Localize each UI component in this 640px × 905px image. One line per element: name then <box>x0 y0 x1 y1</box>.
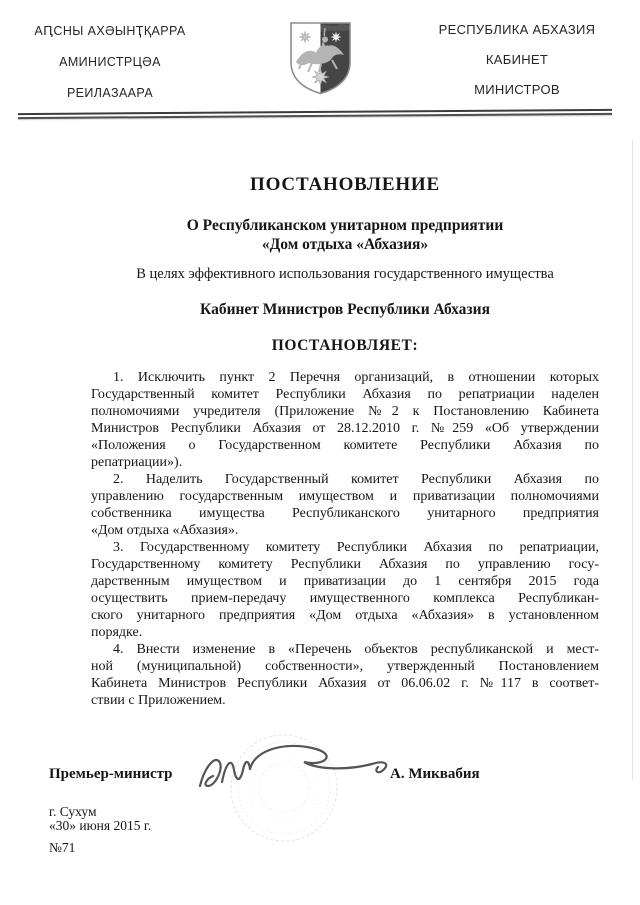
issuing-authority: Кабинет Министров Республики Абхазия <box>91 301 599 319</box>
signatory-post: Премьер-министр <box>49 766 173 783</box>
paragraph-4: 4. Внести изменение в «Перечень объектов… <box>91 641 599 709</box>
document-subject: О Республиканском унитарном предприятии«… <box>91 216 599 254</box>
paragraph-line: собственника имущества Республиканского … <box>91 505 599 522</box>
paragraph-line: 3. Государственному комитету Республики … <box>91 539 599 556</box>
document-title: ПОСТАНОВЛЕНИЕ <box>91 174 599 196</box>
paragraph-line: ствии с Приложением. <box>91 692 599 709</box>
handwritten-signature <box>192 740 407 803</box>
paragraph-line: управлению государственным имуществом и … <box>91 488 599 505</box>
signatory-name: А. Миквабия <box>390 766 480 783</box>
paragraph-2: 2. Наделить Государственный комитет Респ… <box>91 471 599 539</box>
paragraph-line: ского унитарного предприятия «Дом отдыха… <box>91 607 599 624</box>
paragraph-line: Государственный комитет Республики Абхаз… <box>91 386 599 403</box>
footer-date: «30» июня 2015 г. <box>49 818 151 834</box>
preamble-text: В целях эффективного использования госуд… <box>91 266 599 283</box>
subject-line: О Республиканском унитарном предприятии <box>91 216 599 235</box>
paragraph-line: осуществить прием-передачу имущественног… <box>91 590 599 607</box>
decree-document-page: АԤСНЫ АХӘЫНҬҚАРРААМИНИСТРЦӘАРЕИЛАЗААРА <box>0 0 640 905</box>
paragraph-line: Министров Республики Абхазия от 28.12.20… <box>91 420 599 437</box>
decree-paragraphs: 1. Исключить пункт 2 Перечня организаций… <box>91 369 599 709</box>
paragraph-line: 1. Исключить пункт 2 Перечня организаций… <box>91 369 599 386</box>
paragraph-line: 4. Внести изменение в «Перечень объектов… <box>91 641 599 658</box>
subject-line: «Дом отдыха «Абхазия» <box>91 235 599 254</box>
paragraph-line: Государственному комитету Республики Абх… <box>91 556 599 573</box>
scan-artifact-line <box>632 140 633 780</box>
paragraph-1: 1. Исключить пункт 2 Перечня организаций… <box>91 369 599 471</box>
paragraph-line: «Положения о Государственном комитете Ре… <box>91 437 599 454</box>
paragraph-line: 2. Наделить Государственный комитет Респ… <box>91 471 599 488</box>
paragraph-line: полномочиями учредителя (Приложение №2 к… <box>91 403 599 420</box>
paragraph-line: дарственным имуществом и приватизации до… <box>91 573 599 590</box>
paragraph-line: ной (муниципальной) собственности», утве… <box>91 658 599 675</box>
paragraph-3: 3. Государственному комитету Республики … <box>91 539 599 641</box>
paragraph-line: порядке. <box>91 624 599 641</box>
paragraph-line: репатриации»). <box>91 454 599 471</box>
paragraph-line: Кабинета Министров Республики Абхазия от… <box>91 675 599 692</box>
footer-number: №71 <box>49 840 75 856</box>
enacting-clause: ПОСТАНОВЛЯЕТ: <box>91 337 599 355</box>
paragraph-line: «Дом отдыха «Абхазия». <box>91 522 599 539</box>
